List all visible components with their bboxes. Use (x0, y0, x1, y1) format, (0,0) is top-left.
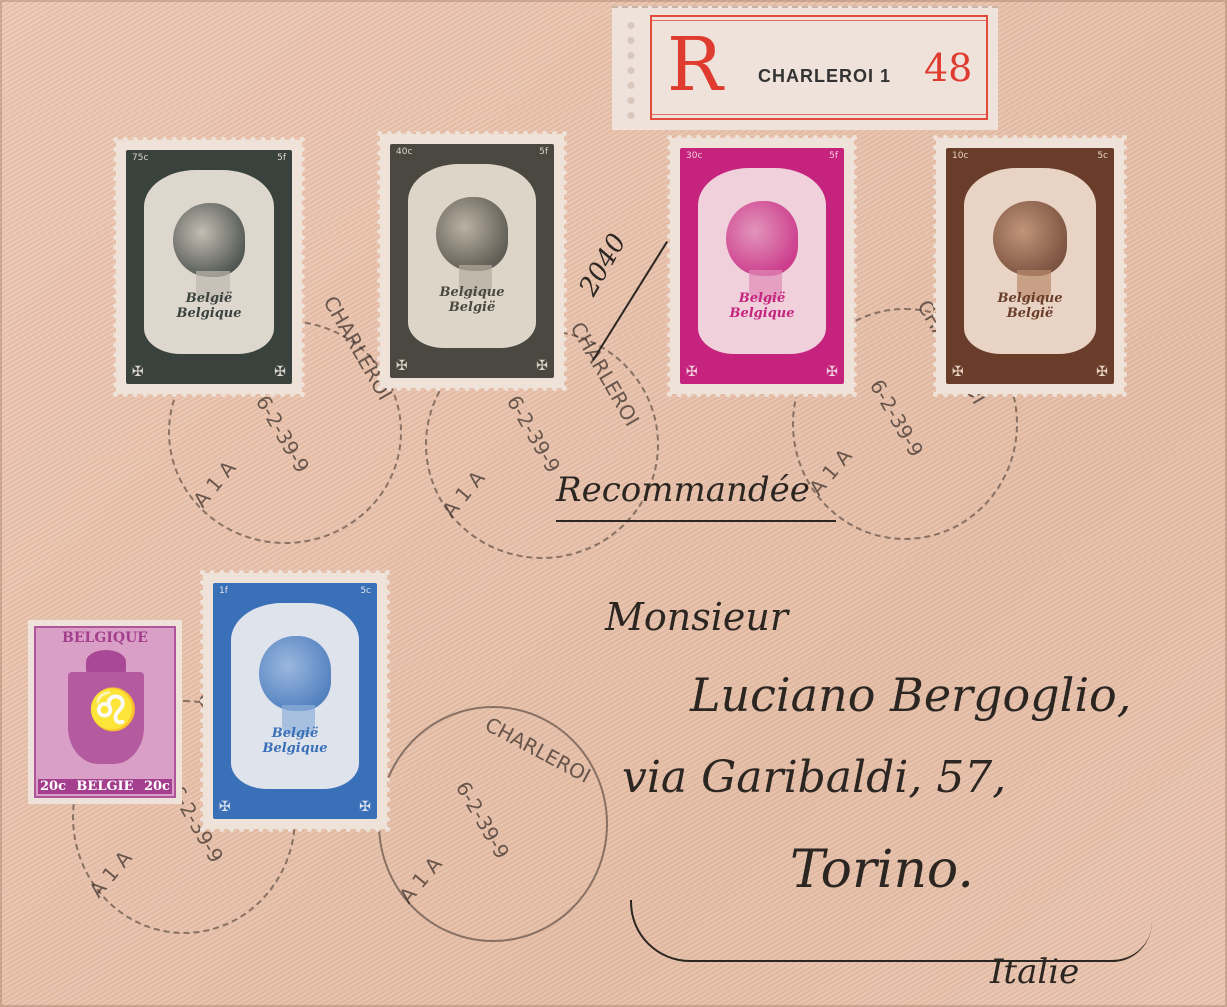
stamp-design: BelgiёBelgique1f5c✠✠ (213, 583, 377, 819)
registration-label: R CHARLEROI 1 48 (612, 6, 998, 130)
stamp-prince-baudouin-10c: BelgiqueBelgiё10c5c✠✠ (938, 140, 1122, 392)
stamp-country-line1: Belgique (964, 291, 1096, 306)
stamp-design: BelgiqueBelgiё10c5c✠✠ (946, 148, 1114, 384)
portrait-head (993, 201, 1067, 275)
stamp-country-bottom: BELGIE (76, 779, 133, 794)
stamp-country-line2: Belgiё (964, 306, 1096, 321)
stamp-country-line1: Belgiё (231, 726, 359, 741)
lion-icon: ♌ (88, 686, 138, 733)
stamp-country-text: BelgiёBelgique (144, 291, 274, 321)
portrait-frame: BelgiqueBelgiё (964, 168, 1096, 354)
stamp-country-line2: Belgiё (408, 300, 536, 315)
stamp-surcharge: 5c (360, 586, 371, 596)
postmark-code: A 1 A (394, 852, 446, 908)
stamp-prince-baudouin-blue: BelgiёBelgique1f5c✠✠ (205, 575, 385, 827)
stamp-country-line2: Belgique (698, 306, 826, 321)
postmark-date: 6-2-39-9 (451, 777, 514, 863)
stamp-value: 1f (219, 586, 228, 596)
postmark-code: A 1 A (84, 846, 136, 902)
stamp-value: 75c (132, 153, 148, 163)
postmark-town: CHARLEROI (566, 318, 645, 430)
stamp-design: BelgiёBelgique30c5f✠✠ (680, 148, 844, 384)
post-office-name: CHARLEROI 1 (758, 66, 891, 87)
postmark-date: 6-2-39-9 (502, 391, 565, 477)
lorraine-cross-icon: ✠ (952, 364, 964, 380)
stamp-surcharge: 5c (1097, 151, 1108, 161)
stamp-country-line2: Belgique (144, 306, 274, 321)
stamp-design: BelgiqueBelgiё40c5f✠✠ (390, 144, 554, 378)
address-street: via Garibaldi, 57, (622, 752, 1006, 803)
lorraine-cross-icon: ✠ (359, 799, 371, 815)
annotation-number: 2040 (574, 229, 633, 301)
stamp-country-text: BelgiёBelgique (231, 726, 359, 756)
stamp-design: BelgiёBelgique75c5f✠✠ (126, 150, 292, 384)
lorraine-cross-icon: ✠ (396, 358, 408, 374)
service-note: Recommandée (556, 470, 810, 510)
address-city: Torino. (790, 840, 974, 900)
portrait-head (259, 636, 331, 710)
stamp-surcharge: 5f (829, 151, 838, 161)
postmark: CHARLEROI 6-2-39-9 A 1 A (378, 706, 608, 942)
lorraine-cross-icon: ✠ (686, 364, 698, 380)
stamp-value: 20c (40, 779, 66, 794)
postmark-town: CHARLEROI (481, 712, 595, 788)
portrait-head (173, 203, 246, 277)
postmark-date: 6-2-39-9 (865, 375, 928, 461)
portrait-frame: BelgiёBelgique (231, 603, 359, 789)
stamp-value-row: 20c BELGIE 20c (38, 779, 172, 794)
postmark-code: A 1 A (188, 456, 240, 512)
lorraine-cross-icon: ✠ (826, 364, 838, 380)
stamp-prince-baudouin-75c: BelgiёBelgique75c5f✠✠ (118, 142, 300, 392)
stamp-country-line1: Belgique (408, 285, 536, 300)
stamp-country-text: BelgiqueBelgiё (964, 291, 1096, 321)
crown-icon (86, 650, 126, 674)
address-salutation: Monsieur (605, 595, 788, 639)
stamp-value: 40c (396, 147, 412, 157)
stamp-country: BELGIQUE (36, 630, 174, 646)
portrait-frame: BelgiёBelgique (144, 170, 274, 354)
lorraine-cross-icon: ✠ (1096, 364, 1108, 380)
lorraine-cross-icon: ✠ (536, 358, 548, 374)
stamp-country-line2: Belgique (231, 741, 359, 756)
stamp-country-line1: Belgiё (144, 291, 274, 306)
envelope: R CHARLEROI 1 48 CHARLEROI 6-2-39-9 A 1 … (0, 0, 1227, 1007)
stamp-value: 10c (952, 151, 968, 161)
registration-letter: R (667, 28, 723, 102)
perforation (624, 18, 638, 120)
stamp-value: 30c (686, 151, 702, 161)
stamp-surcharge: 5f (539, 147, 548, 157)
stamp-country-text: BelgiёBelgique (698, 291, 826, 321)
postmark-code: A 1 A (804, 444, 856, 500)
stamp-value: 20c (144, 779, 170, 794)
lorraine-cross-icon: ✠ (274, 364, 286, 380)
registration-number: 48 (924, 46, 972, 90)
stamp-prince-baudouin-40c: BelgiqueBelgiё40c5f✠✠ (382, 136, 562, 386)
address-name: Luciano Bergoglio, (690, 668, 1131, 722)
portrait-frame: BelgiqueBelgiё (408, 164, 536, 348)
service-underline (556, 520, 836, 522)
stamp-prince-baudouin-30c: BelgiёBelgique30c5f✠✠ (672, 140, 852, 392)
stamp-country-line1: Belgiё (698, 291, 826, 306)
stamp-coat-of-arms-20c: BELGIQUE ♌ 20c BELGIE 20c (28, 620, 182, 804)
stamp-surcharge: 5f (277, 153, 286, 163)
lorraine-cross-icon: ✠ (132, 364, 144, 380)
portrait-frame: BelgiёBelgique (698, 168, 826, 354)
portrait-head (436, 197, 508, 271)
postmark-date: 6-2-39-9 (251, 391, 314, 477)
postmark-code: A 1 A (437, 466, 489, 522)
stamp-country-text: BelgiqueBelgiё (408, 285, 536, 315)
lorraine-cross-icon: ✠ (219, 799, 231, 815)
address-country: Italie (990, 952, 1079, 992)
portrait-head (726, 201, 798, 275)
